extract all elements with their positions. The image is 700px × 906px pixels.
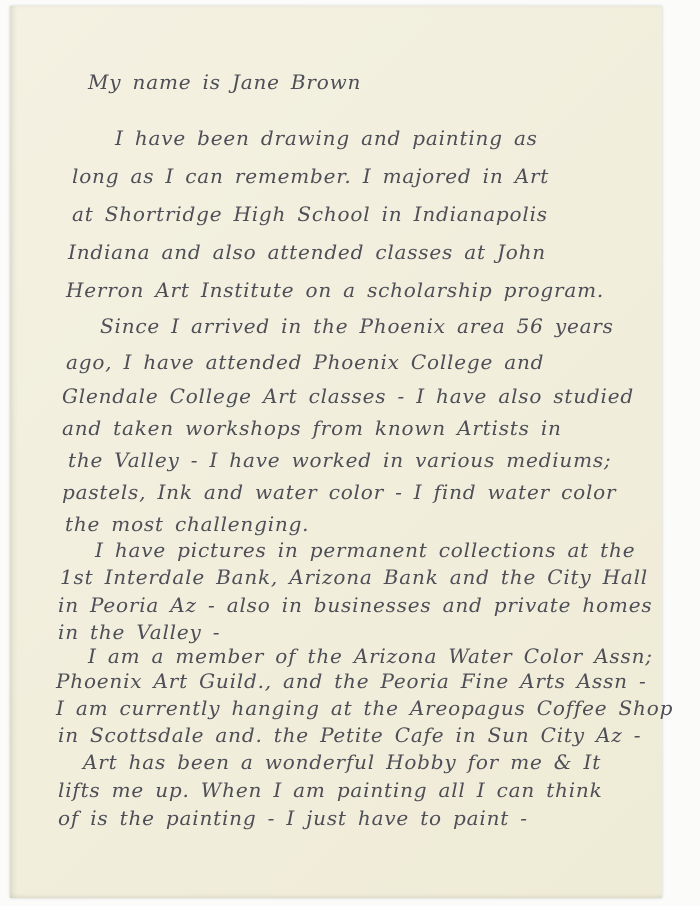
letter-line: My name is Jane Brown — [88, 70, 361, 94]
letter-paper: My name is Jane Brown I have been drawin… — [10, 6, 662, 898]
letter-line: lifts me up. When I am painting all I ca… — [58, 778, 603, 802]
letter-line: I have been drawing and painting as — [115, 126, 538, 150]
letter-body: My name is Jane Brown I have been drawin… — [10, 6, 662, 898]
letter-line: pastels, Ink and water color - I find wa… — [62, 480, 616, 504]
letter-line: in the Valley - — [58, 620, 220, 644]
letter-line: Phoenix Art Guild., and the Peoria Fine … — [56, 669, 647, 693]
letter-line: I am currently hanging at the Areopagus … — [56, 696, 673, 720]
letter-line: Since I arrived in the Phoenix area 56 y… — [100, 314, 614, 338]
letter-line: Indiana and also attended classes at Joh… — [68, 240, 546, 264]
letter-line: the most challenging. — [65, 512, 309, 536]
letter-line: ago, I have attended Phoenix College and — [66, 350, 544, 374]
letter-line: I am a member of the Arizona Water Color… — [88, 644, 653, 668]
letter-line: in Peoria Az - also in businesses and pr… — [58, 593, 652, 617]
letter-line: the Valley - I have worked in various me… — [68, 448, 611, 472]
letter-line: at Shortridge High School in Indianapoli… — [72, 202, 548, 226]
letter-line: I have pictures in permanent collections… — [95, 538, 635, 562]
letter-line: Glendale College Art classes - I have al… — [62, 384, 634, 408]
letter-line: Herron Art Institute on a scholarship pr… — [66, 278, 604, 302]
letter-line: in Scottsdale and. the Petite Cafe in Su… — [58, 723, 641, 747]
letter-line: and taken workshops from known Artists i… — [62, 416, 562, 440]
letter-line: 1st Interdale Bank, Arizona Bank and the… — [60, 565, 648, 589]
letter-line: long as I can remember. I majored in Art — [72, 164, 549, 188]
letter-line: Art has been a wonderful Hobby for me & … — [83, 750, 601, 774]
letter-line: of is the painting - I just have to pain… — [58, 806, 528, 830]
